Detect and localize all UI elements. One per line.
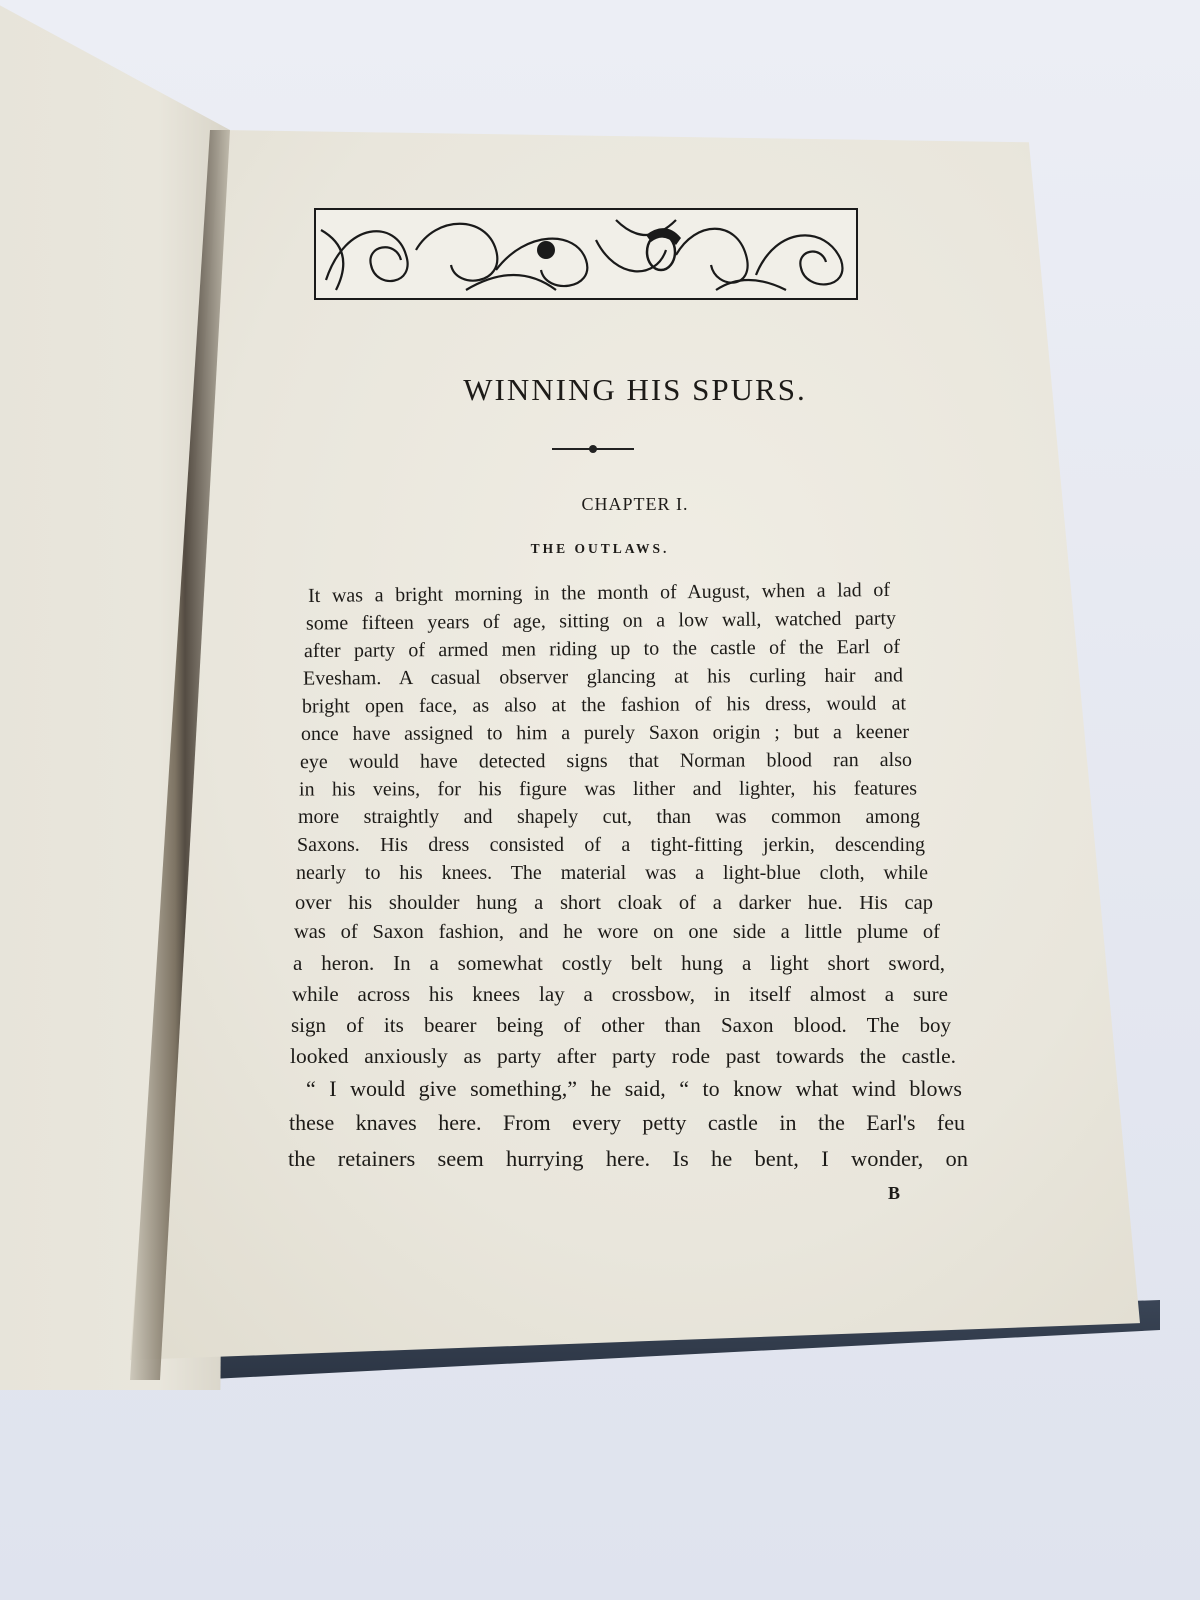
- body-line: was of Saxon fashion, and he wore on one…: [294, 921, 940, 944]
- photo-scene: WINNING HIS SPURS. CHAPTER I. THE OUTLAW…: [0, 0, 1200, 1600]
- body-line: It was a bright morning in the month of …: [308, 579, 890, 608]
- chapter-heading: CHAPTER I.: [300, 494, 970, 515]
- scrollwork-icon: [316, 210, 856, 298]
- body-line: Evesham. A casual observer glancing at h…: [303, 664, 903, 690]
- body-line: a heron. In a somewhat costly belt hung …: [293, 951, 945, 976]
- body-line: looked anxiously as party after party ro…: [290, 1044, 956, 1069]
- body-line: the retainers seem hurrying here. Is he …: [288, 1146, 968, 1172]
- body-line: once have assigned to him a purely Saxon…: [301, 721, 909, 746]
- body-line: in his veins, for his figure was lither …: [299, 777, 917, 801]
- signature-mark: B: [888, 1183, 900, 1204]
- body-line: over his shoulder hung a short cloak of …: [295, 892, 933, 915]
- divider-dot-icon: [589, 445, 597, 453]
- page-content: WINNING HIS SPURS. CHAPTER I. THE OUTLAW…: [0, 0, 1200, 1600]
- body-line: “ I would give something,” he said, “ to…: [306, 1076, 962, 1102]
- body-line: eye would have detected signs that Norma…: [300, 749, 912, 774]
- body-line: sign of its bearer being of other than S…: [291, 1013, 951, 1038]
- body-line: these knaves here. From every petty cast…: [289, 1110, 965, 1136]
- body-line: Saxons. His dress consisted of a tight-f…: [297, 834, 925, 857]
- body-line: some fifteen years of age, sitting on a …: [306, 607, 896, 635]
- book-title: WINNING HIS SPURS.: [300, 372, 970, 408]
- body-line: bright open face, as also at the fashion…: [302, 692, 906, 718]
- ornament-headpiece-icon: [314, 208, 858, 300]
- body-line: after party of armed men riding up to th…: [304, 636, 900, 663]
- body-line: nearly to his knees. The material was a …: [296, 862, 928, 885]
- body-line: while across his knees lay a crossbow, i…: [292, 982, 948, 1007]
- body-line: more straightly and shapely cut, than wa…: [298, 806, 920, 829]
- chapter-title: THE OUTLAWS.: [300, 541, 900, 557]
